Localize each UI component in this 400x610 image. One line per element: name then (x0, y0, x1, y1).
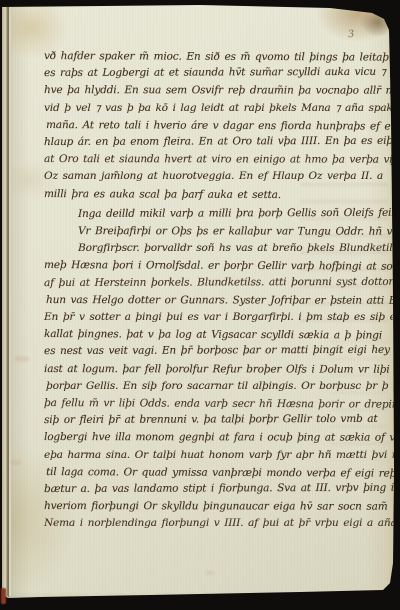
manuscript-line-27: hveriom fiorþungi Or skylldu þingunaucar… (44, 498, 380, 516)
manuscript-line-16: En þr̄ v sotter a þingi þui es var i Bor… (44, 309, 380, 326)
manuscript-line-10: Inga deilld mikil varþ a milli þra þorþ … (44, 205, 380, 223)
margin-ink-speck (10, 460, 22, 465)
manuscript-line-14: af þui at Hersteinn þorkels. Blundketils… (44, 273, 380, 291)
paper-blemish (205, 571, 215, 575)
manuscript-line-11: Vr Breiþafirþi or Oþs þs er kallaþur var… (44, 223, 380, 241)
manuscript-line-15: hun vas Helgo dotter or Gunnars. Syster … (44, 292, 380, 310)
manuscript-line-26: bætur a. þa vas landamo stipt i fiorþung… (44, 480, 380, 498)
folio-number: 3 (347, 30, 354, 41)
stacked-page-edges (2, 7, 11, 596)
manuscript-line-3: hve þa hlyddi. En sua sem Osvifr reþ dra… (44, 82, 380, 100)
binding-thread (1, 588, 6, 604)
manuscript-line-24: eþa harma sina. Or talþi huat honom varþ… (44, 447, 380, 464)
manuscript-line-18: es nest vas veit vagi. En þr̄ borþosc þa… (44, 342, 380, 360)
manuscript-line-2: es raþs at Logbergi at et siaunda hv̄t s… (44, 64, 380, 82)
manuscript-line-28: Nema i norþlendinga fiorþungi v IIII. af… (44, 515, 380, 532)
manuscript-line-23: logbergi hve illa monom gegnþi at fara i… (44, 429, 380, 447)
margin-ink-speck (14, 356, 30, 362)
manuscript-line-7: at Oro tali et siaunda hvert at viro en … (44, 151, 380, 169)
text-block: vð hafder spaker m̃ mioc. En sið es m̃ q… (44, 48, 380, 533)
manuscript-page: 3 vð hafder spaker m̃ mioc. En sið es m̃… (0, 0, 400, 610)
manuscript-line-8: Oz saman jam̃long at huorotveggia. En ef… (44, 168, 380, 185)
manuscript-line-12: Borgfirþscr. þorvalldr soñ hs vas at bre… (44, 240, 380, 257)
manuscript-line-9: milli þra es auka scal þa þarf auka et s… (44, 186, 380, 205)
manuscript-line-19: iast at logum. þar fell þorolfur Refur b… (44, 361, 380, 379)
manuscript-line-4: vid þ vel ⁊ vas þ þa kō i lag leidt at r… (44, 100, 380, 117)
manuscript-line-22: siþ or fleiri þr̄ at brennuni v. þa talþ… (44, 411, 380, 429)
photo-background: 3 vð hafder spaker m̃ mioc. En sið es m̃… (0, 0, 400, 610)
manuscript-line-20: þorþar Gellis. En siþ foro sacarnar til … (44, 378, 380, 395)
gutter-line (8, 7, 9, 597)
manuscript-line-6: hlaup ár. en þa enom fleira. En at Oro t… (44, 133, 380, 151)
